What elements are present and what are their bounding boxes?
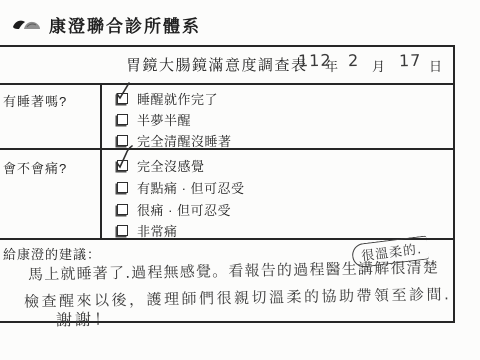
day-label: 日	[429, 56, 442, 75]
option-label: 完全清醒沒睡著	[137, 131, 232, 150]
question1-option3: 完全清醒沒睡著	[117, 131, 232, 150]
table-border-right	[453, 45, 455, 323]
title-row-divider	[0, 83, 455, 85]
checkbox-icon	[117, 160, 128, 171]
checkbox-icon	[117, 182, 128, 193]
question2-label: 會不會痛?	[3, 158, 67, 177]
table-border-top	[0, 45, 455, 47]
option-label: 很痛 · 但可忍受	[137, 200, 231, 219]
clinic-logo-icon	[12, 16, 42, 34]
handwritten-day: 17	[399, 51, 422, 70]
suggestion-label: 給康澄的建議：	[3, 244, 101, 263]
question1-label: 有睡著嗎?	[3, 91, 67, 110]
option-label: 完全沒感覺	[137, 156, 205, 175]
checkbox-icon	[117, 204, 128, 215]
option-label: 有點痛 · 但可忍受	[137, 178, 245, 197]
handwritten-comment-line3: 謝謝！	[56, 307, 113, 331]
question1-option1: 睡醒就作完了	[117, 89, 218, 108]
year-label: 年	[325, 56, 338, 75]
question2-option3: 很痛 · 但可忍受	[117, 200, 231, 219]
clinic-name: 康澄聯合診所體系	[49, 12, 201, 37]
option-label: 半夢半醒	[137, 110, 191, 129]
month-label: 月	[372, 56, 385, 75]
checkbox-icon	[117, 93, 128, 104]
question1-option2: 半夢半醒	[117, 110, 191, 129]
form-title: 胃鏡大腸鏡滿意度調查表	[126, 54, 308, 75]
handwritten-month: 2	[348, 51, 360, 70]
checkbox-icon	[117, 135, 128, 146]
checkbox-icon	[117, 114, 128, 125]
clinic-logo: 康澄聯合診所體系	[12, 12, 201, 37]
question2-option1: 完全沒感覺	[117, 156, 205, 175]
question2-option2: 有點痛 · 但可忍受	[117, 178, 245, 197]
question-column-divider	[100, 83, 102, 240]
checkbox-icon	[117, 225, 128, 236]
scanned-survey-form: { "brand": { "name": "康澄聯合診所體系" }, "head…	[0, 0, 480, 360]
option-label: 非常痛	[137, 221, 178, 240]
option-label: 睡醒就作完了	[137, 89, 218, 108]
question2-option4: 非常痛	[117, 221, 178, 240]
